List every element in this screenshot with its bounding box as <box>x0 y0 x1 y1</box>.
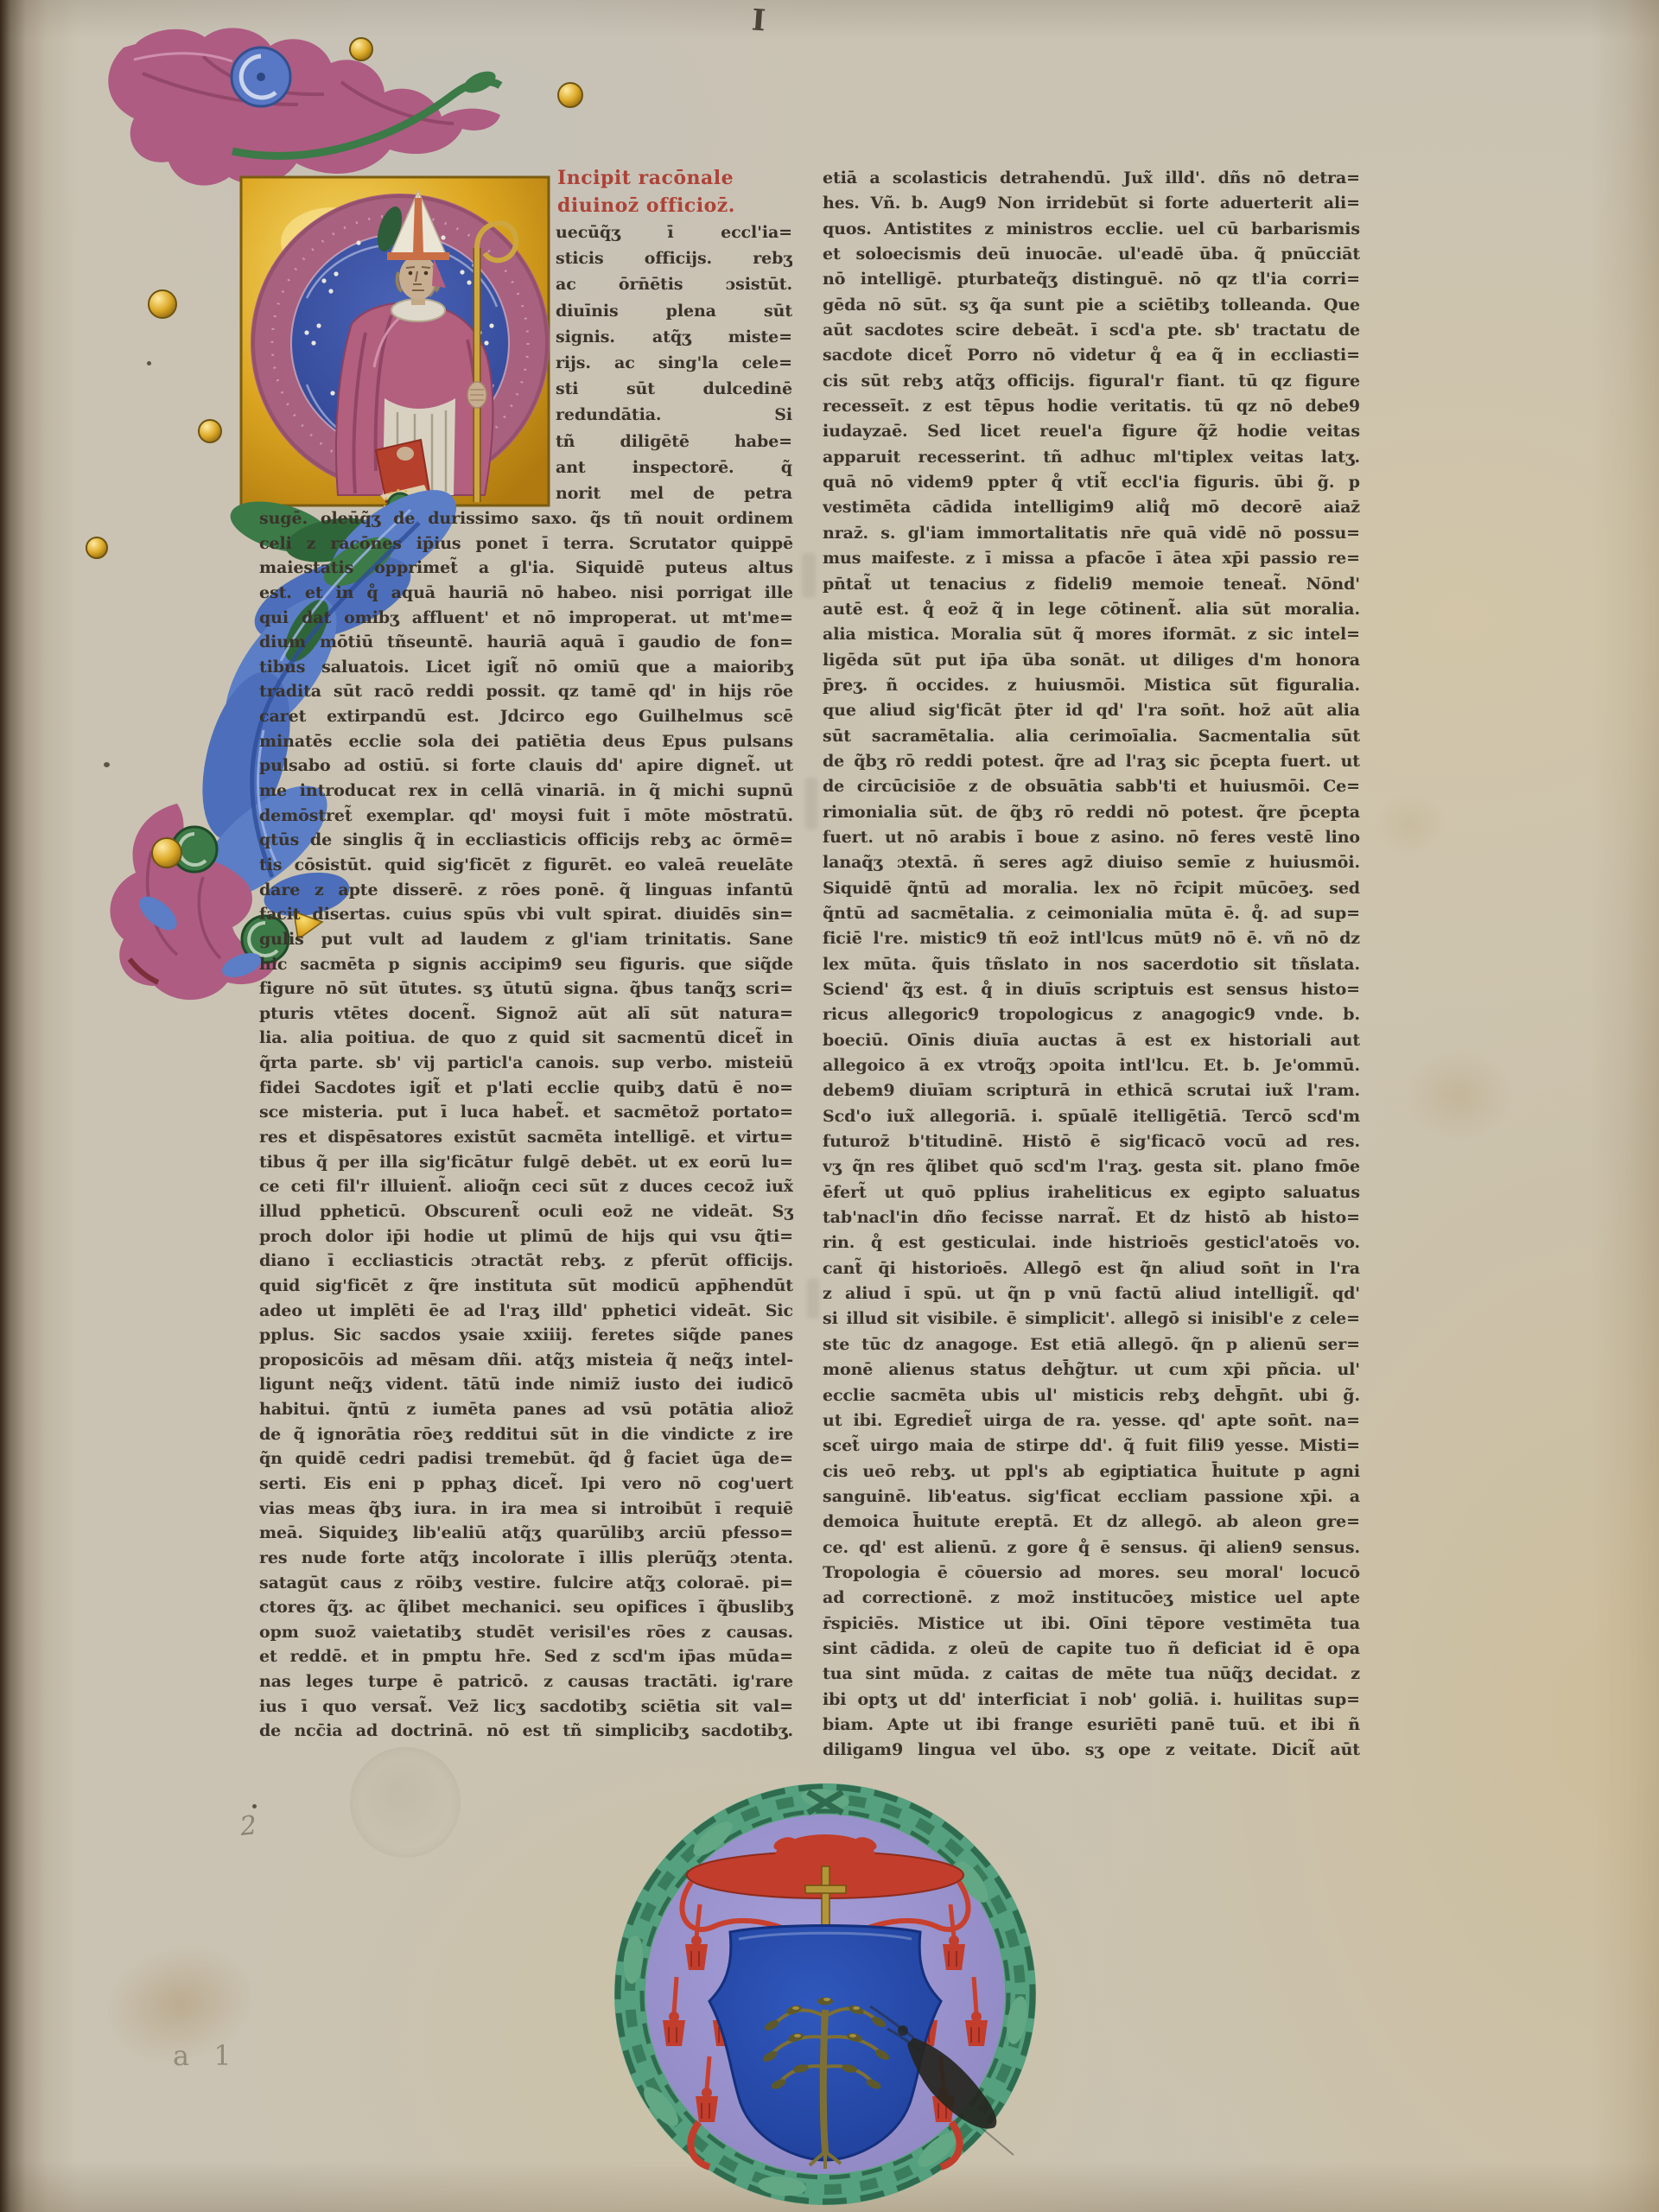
text-line: recesseīt. z est tēpus hodie veritatis. … <box>823 394 1360 419</box>
text-line: ant inspectorē. q̃ <box>556 454 792 480</box>
text-line: adeo ut implēti ēe ad l'raʒ illd' ppheti… <box>259 1299 793 1324</box>
text-line: q̃rta parte. sb' vij particl'a canois. s… <box>259 1051 793 1076</box>
text-line: monē alienus status deh̄g̃tur. ut cum xp… <box>823 1357 1360 1382</box>
text-line: nō intelligē. pturbateq̃ʒ distinguē. nō … <box>823 267 1360 292</box>
text-line: de circūcisiōe z de obsuātia sabb'ti et … <box>823 774 1360 799</box>
text-line: maiestatis opprimet̃ a gl'ia. Siquidē pu… <box>259 556 793 581</box>
rubric-line-1: Incipit racōnale <box>557 164 784 192</box>
text-line: hes. Vñ. b. Aug9 Non irridebūt si forte … <box>823 191 1360 216</box>
text-line: ricus allegoric9 tropologicus z anagogic… <box>823 1002 1360 1027</box>
text-line: demōstret̃ exemplar. qd' moysi fuit ī mō… <box>259 804 793 829</box>
text-line: ce. qd' est alienū. z gore q̊ ē sensus. … <box>823 1535 1360 1560</box>
text-line: figure nō sūt ūtutes. sʒ ūtutū signa. q̃… <box>259 976 793 1001</box>
text-line: aūt sacdotes scire debeāt. ī scd'a pte. … <box>823 318 1360 343</box>
text-line: proch dolor ip̄i hodie ut plimū de hijs … <box>259 1224 793 1249</box>
stain <box>1376 795 1445 855</box>
text-line: tis cōsistūt. quid sig'ficēt z figurēt. … <box>259 853 793 878</box>
text-line: sticis officijs. rebʒ <box>556 245 792 271</box>
column-2: etiā a scolasticis detrahendū. Jux̃ illd… <box>823 166 1360 1764</box>
text-line: tua sint mūda. z caitas de mēte tua nūq̃… <box>823 1662 1360 1687</box>
text-line: facit disertas. cuius spūs vbi vult spir… <box>259 902 793 927</box>
text-line: lex mūta. q̃uis tñslato in nos sacerdoti… <box>823 952 1360 977</box>
text-line: autē est. q̊ eoz̄ q̃ in lege cōtinent̃. … <box>823 597 1360 622</box>
text-line: minatēs ecclie sola dei patiētia deus Ep… <box>259 729 793 754</box>
text-line: rin. q̊ est gesticulai. inde histrioēs g… <box>823 1230 1360 1255</box>
text-line: quos. Antistites z ministros ecclie. uel… <box>823 217 1360 242</box>
text-line: est. et in q̊ aquā hauriā nō habeo. nisi… <box>259 581 793 606</box>
text-line: q̃ntū ad sacmētalia. z ceimonialia mūta … <box>823 901 1360 926</box>
text-line: pturis vtētes docent̃. Signoz̄ aūt alī s… <box>259 1001 793 1027</box>
show-through <box>807 1279 819 1319</box>
column-1: sugē. oleūq̃ʒ de durissimo saxo. q̃s tñ … <box>259 506 793 1744</box>
text-line: dium mōtiū tñseuntē. hauriā aquā ī gaudi… <box>259 630 793 655</box>
text-line: ac ōrn̄ētis ɔsistūt. <box>556 271 792 297</box>
text-line: vestimēta cādida intelligim9 aliq̊ mō de… <box>823 495 1360 520</box>
text-line: et soloecismis deū inuocāe. ul'eadē ūba.… <box>823 242 1360 267</box>
text-line: pplus. Sic sacdos ysaie xxiiij. feretes … <box>259 1323 793 1348</box>
text-line: cant̃ q̄i historioēs. Allegō est q̃n ali… <box>823 1256 1360 1281</box>
text-line: uecūq̃ʒ ī eccl'ia= <box>556 219 792 245</box>
text-line: cis sūt rebʒ atq̃ʒ officijs. figural'r f… <box>823 369 1360 394</box>
text-line: ius ī quo versat̃. Vez̄ licʒ sacdotibʒ s… <box>259 1694 793 1719</box>
text-line: de q̃ ignorātia rōeʒ redditui sūt in die… <box>259 1422 793 1447</box>
rubric-line-2: diuinoz̄ officioz̄. <box>557 192 784 219</box>
text-line: demoica h̄uitute ereptā. Et dz allegō. a… <box>823 1510 1360 1535</box>
stain <box>90 1928 270 2081</box>
text-line: caret extirpandū est. Jdcirco ego Guilhe… <box>259 704 793 729</box>
text-line: q̃n quidē cedri padisi tremebūt. q̃d g̊ … <box>259 1446 793 1471</box>
text-line: ad correctionē. z moz̄ institucōeʒ misti… <box>823 1586 1360 1611</box>
text-line: pn̄tat̃ ut tenacius z fideli9 memoie ten… <box>823 572 1360 597</box>
folio-number: I <box>751 3 767 38</box>
text-line: qtūs de singlis q̃ in eccliasticis offic… <box>259 828 793 853</box>
text-line: futuroz̄ b'titudinē. Histō ē sig'ficacō … <box>823 1129 1360 1154</box>
text-line: habitui. q̃ntū z iumēta panes ad vsū pot… <box>259 1397 793 1422</box>
speck <box>252 1804 257 1808</box>
text-line: redundātia. Si <box>556 402 792 428</box>
pencil-number: 2 <box>238 1810 258 1842</box>
text-line: tibus saluatois. Licet igit̃ nō omiū que… <box>259 655 793 680</box>
text-line: ligēda sūt put ip̄a ūba sonāt. ut dilige… <box>823 648 1360 673</box>
text-line: rimonialia sūt. de q̃bʒ rō reddi nō pote… <box>823 800 1360 825</box>
text-line: ligunt neq̃ʒ vident. tātū inde nimiz̄ iu… <box>259 1372 793 1397</box>
stain <box>1407 1052 1510 1139</box>
text-line: tradita sūt racō reddi possit. qz tamē q… <box>259 679 793 704</box>
text-line: Siquidē q̃ntū ad moralia. lex nō r̄cipit… <box>823 876 1360 901</box>
text-line: diuīnis plena sūt <box>556 298 792 324</box>
armorial-device <box>609 1778 1041 2210</box>
text-line: quā nō videm9 ppter q̊ vtit̃ eccl'ia fig… <box>823 470 1360 495</box>
text-line: mus maifeste. z ī missa a pfacōe ī ātea … <box>823 546 1360 571</box>
text-line: et reddē. et in pmptu hr̄e. Sed z scd'm … <box>259 1644 793 1669</box>
text-line: r̄spiciēs. Mistice ut ibi. Oīni tēpore v… <box>823 1611 1360 1637</box>
text-line: diano ī eccliasticis ɔtractāt rebʒ. z pf… <box>259 1249 793 1274</box>
text-line: sūt sacramētalia. alia cerimoīalia. Sacm… <box>823 724 1360 749</box>
text-line: biam. Apte ut ibi frange esuriēti panē t… <box>823 1713 1360 1738</box>
text-line: iudayzaē. Sed licet reuel'a figure q̃z̄ … <box>823 419 1360 444</box>
text-line: vʒ q̃n res q̃libet quō scd'm l'raʒ. gest… <box>823 1154 1360 1179</box>
text-line: celi z racōnes ip̄ius ponet ī terra. Scr… <box>259 531 793 556</box>
text-line: p̄reʒ. ñ occides. z huiusmōi. Mistica sū… <box>823 673 1360 698</box>
text-line: ecclie sacmēta ubis ul' misticis rebʒ de… <box>823 1383 1360 1408</box>
text-line: nraz̄. s. gl'iam immortalitatis nr̄e quā… <box>823 521 1360 546</box>
text-line: qui dat omibʒ affluent' et nō improperat… <box>259 606 793 631</box>
text-line: lia. alia poitiua. de quo z quid sit sac… <box>259 1026 793 1051</box>
text-line: res et dispēsatores existūt sacmēta inte… <box>259 1125 793 1150</box>
text-line: z aliud ī spū. ut q̃n p vnū factū aliud … <box>823 1281 1360 1306</box>
text-line: sanguinē. lib'eatus. sig'ficat eccliam p… <box>823 1484 1360 1510</box>
text-line: boeciū. Oīnis diuīa auctas ā est ex hist… <box>823 1028 1360 1053</box>
text-line: vias meas q̃bʒ iura. in ira mea si intro… <box>259 1497 793 1522</box>
text-line: cis ueō rebʒ. ut ppl's ab egiptiatica h̄… <box>823 1459 1360 1484</box>
text-line: apparuit recesserint. tñ adhuc ml'tiplex… <box>823 445 1360 470</box>
text-line: tab'nacl'in dño fecisse narrat̃. Et dz h… <box>823 1205 1360 1230</box>
text-line: gēda nō sūt. sʒ q̃a sunt pie a sciētibʒ … <box>823 293 1360 318</box>
text-line: alia mistica. Moralia sūt q̃ mores iform… <box>823 622 1360 647</box>
text-line: ste tūc dz anagoge. Est etiā allegō. q̃n… <box>823 1332 1360 1357</box>
text-line: allegoico ā ex vtroq̃ʒ ɔpoita intl'lcu. … <box>823 1053 1360 1078</box>
text-line: sce misteria. put ī luca habet̃. et sacm… <box>259 1100 793 1125</box>
text-line: ficiē l're. mistic9 tñ eoz̄ intl'lcus mū… <box>823 926 1360 951</box>
show-through <box>805 778 817 829</box>
text-line: quid sig'ficēt z q̃re instituta sūt modi… <box>259 1274 793 1299</box>
show-through <box>802 553 816 598</box>
text-line: ēfert̃ ut quō pplius iraheliticus ex egi… <box>823 1180 1360 1205</box>
text-line: hic sacmēta p signis accipim9 seu figuri… <box>259 952 793 977</box>
text-line: ut ibi. Egrediet̃ uirga de ra. yesse. qd… <box>823 1408 1360 1433</box>
text-line: fuert. ut nō arabis ī boue z asino. nō f… <box>823 825 1360 850</box>
text-line: me introducat rex in cellā vinariā. in q… <box>259 779 793 804</box>
text-line: diligam9 lingua vel ūbo. sʒ ope z veitat… <box>823 1738 1360 1763</box>
text-line: Sciend' q̃ʒ est. q̊ in diuīs scriptuis e… <box>823 977 1360 1002</box>
text-line: sacdote dicet̃ Porro nō videtur q̊ ea q̃… <box>823 343 1360 368</box>
text-line: rijs. ac sing'la cele= <box>556 350 792 376</box>
text-line: ctores q̃ʒ. ac q̃libet mechanici. seu op… <box>259 1595 793 1620</box>
text-line: norit mel de petra <box>556 480 792 506</box>
text-line: dare z apte disserē. z rōes ponē. q̃ lin… <box>259 878 793 903</box>
text-line: illud ppheticū. Obscurent̃ oculi eoz̄ ne… <box>259 1199 793 1224</box>
text-line: sint cādida. z oleū de capite tuo ñ defi… <box>823 1637 1360 1662</box>
text-line: fidei Sacdotes igit̃ et p'lati ecclie qu… <box>259 1076 793 1101</box>
text-line: que aliud sig'ficāt p̄ter id qd' l'ra so… <box>823 698 1360 723</box>
text-line: etiā a scolasticis detrahendū. Jux̃ illd… <box>823 166 1360 191</box>
text-line: tibus q̃ per illa sig'ficātur fulgē debē… <box>259 1150 793 1175</box>
text-line: debem9 diuīam scripturā in ethicā scruta… <box>823 1078 1360 1103</box>
text-line: signis. atq̃ʒ miste= <box>556 324 792 350</box>
text-line: si illud sit visibile. ē simplicit'. all… <box>823 1306 1360 1332</box>
text-line: nas leges turpe ē patricō. z causas trac… <box>259 1669 793 1694</box>
text-line: scet̃ uirgo maia de stirpe dd'. q̃ fuit … <box>823 1433 1360 1459</box>
text-line: serti. Eis eni p pphaʒ dicet̃. Ipi vero … <box>259 1471 793 1497</box>
text-line: ce ceti fil'r illuient̃. alioq̃n ceci sū… <box>259 1174 793 1199</box>
text-line: proposicōis ad mēsam dñi. atq̃ʒ misteia … <box>259 1348 793 1373</box>
speck <box>147 361 151 365</box>
text-line: satagūt caus z rōibʒ vestire. fulcire at… <box>259 1571 793 1596</box>
speck <box>104 762 110 767</box>
column-1-indent: uecūq̃ʒ ī eccl'ia=sticis officijs. rebʒa… <box>556 219 792 506</box>
rubric: Incipit racōnale diuinoz̄ officioz̄. <box>557 164 784 219</box>
text-line: sugē. oleūq̃ʒ de durissimo saxo. q̃s tñ … <box>259 506 793 531</box>
text-line: pulsabo ad ostiū. si forte clauis dd' ap… <box>259 753 793 779</box>
blind-stamp <box>350 1747 461 1858</box>
text-line: Tropologia ē cōuersio ad mores. seu mora… <box>823 1560 1360 1586</box>
text-line: meā. Siquideʒ lib'ealiū atq̃ʒ quarūlibʒ … <box>259 1521 793 1546</box>
text-line: tñ diligētē habe= <box>556 429 792 454</box>
text-line: opm suoz̄ vaietatibʒ studēt verisil'es r… <box>259 1620 793 1645</box>
manuscript-page: I <box>0 0 1659 2212</box>
text-line: res nude forte atq̃ʒ incolorate ī illis … <box>259 1546 793 1571</box>
text-line: de ncc̄ia ad doctrinā. nō est tñ simplic… <box>259 1719 793 1744</box>
text-line: sti sūt dulcedinē <box>556 376 792 402</box>
text-line: Scd'o iux̃ allegoriā. i. spūalē itelligē… <box>823 1104 1360 1129</box>
text-line: gulis put vult ad laudem z gl'iam trinit… <box>259 927 793 952</box>
text-line: lanaq̃ʒ ɔtextā. ñ seres agz̄ diuiso semī… <box>823 850 1360 875</box>
text-line: de q̃bʒ rō reddi potest. q̃re ad l'raʒ s… <box>823 749 1360 774</box>
text-line: ibi optʒ ut dd' interficiat ī nob' goliā… <box>823 1688 1360 1713</box>
